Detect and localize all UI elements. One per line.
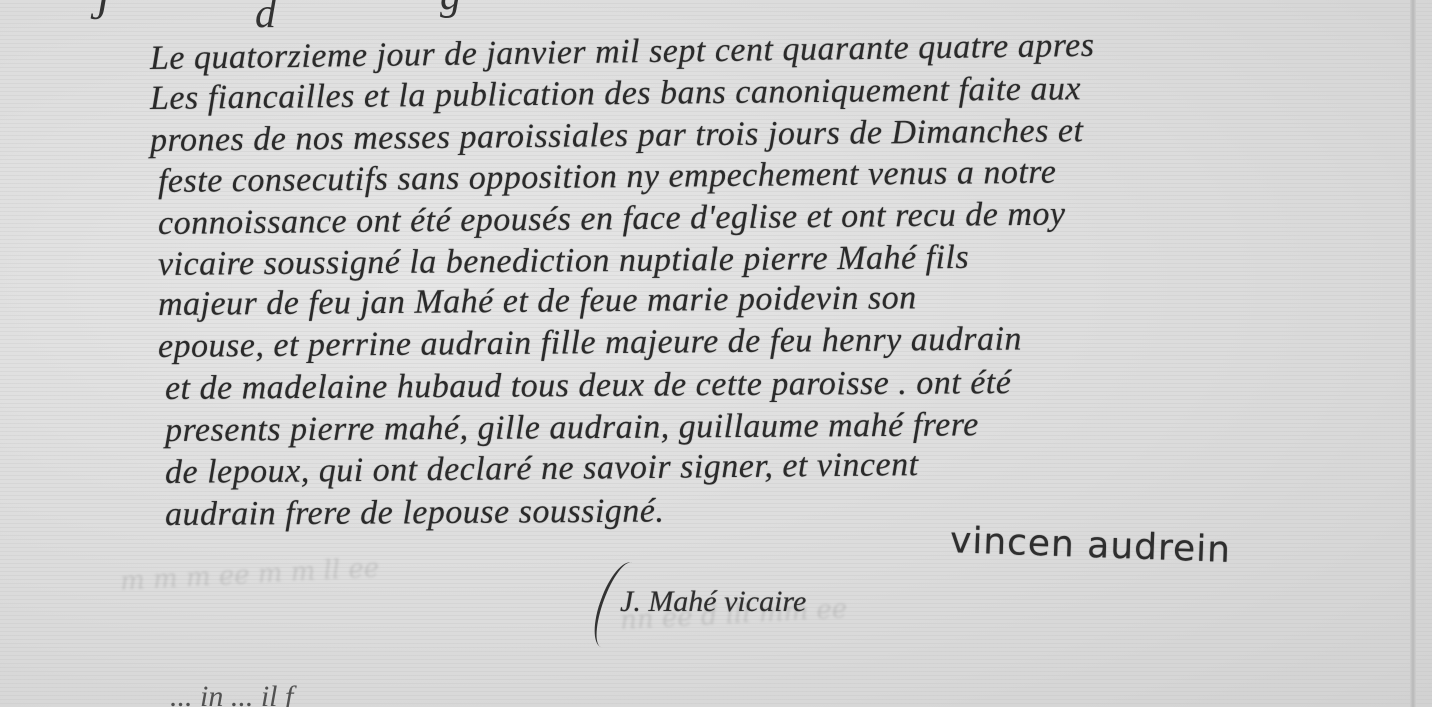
record-line-12: audrain frere de lepouse soussigné. [165, 493, 665, 534]
record-line-5: connoissance ont été epousés en face d'e… [158, 195, 1066, 243]
record-line-6: vicaire soussigné la benediction nuptial… [158, 239, 969, 284]
officiant-signature: J. Mahé vicaire [620, 585, 806, 619]
previous-entry-fragment: g [440, 0, 461, 20]
record-line-8: epouse, et perrine audrain fille majeure… [158, 320, 1022, 366]
record-line-4: feste consecutifs sans opposition ny emp… [158, 154, 1057, 201]
next-entry-fragment: ... in ... il f [170, 680, 293, 707]
page-margin-edge [1410, 0, 1416, 707]
record-line-2: Les fiancailles et la publication des ba… [150, 70, 1081, 118]
previous-entry-fragment: d [255, 0, 276, 38]
manuscript-page: m m m ee m m ll ee nn ee d lll mm ee J d… [0, 0, 1432, 707]
record-line-1: Le quatorzieme jour de janvier mil sept … [150, 27, 1095, 78]
previous-entry-fragment: J [90, 0, 109, 30]
record-line-9: et de madelaine hubaud tous deux de cett… [165, 364, 1012, 408]
bleed-through-text: m m m ee m m ll ee [119, 553, 380, 597]
witness-signature: vincen audrein [949, 520, 1231, 571]
record-line-10: presents pierre mahé, gille audrain, gui… [165, 406, 979, 450]
record-line-7: majeur de feu jan Mahé et de feue marie … [158, 279, 917, 324]
record-line-3: prones de nos messes paroissiales par tr… [150, 112, 1084, 160]
record-line-11: de lepoux, qui ont declaré ne savoir sig… [165, 446, 919, 492]
